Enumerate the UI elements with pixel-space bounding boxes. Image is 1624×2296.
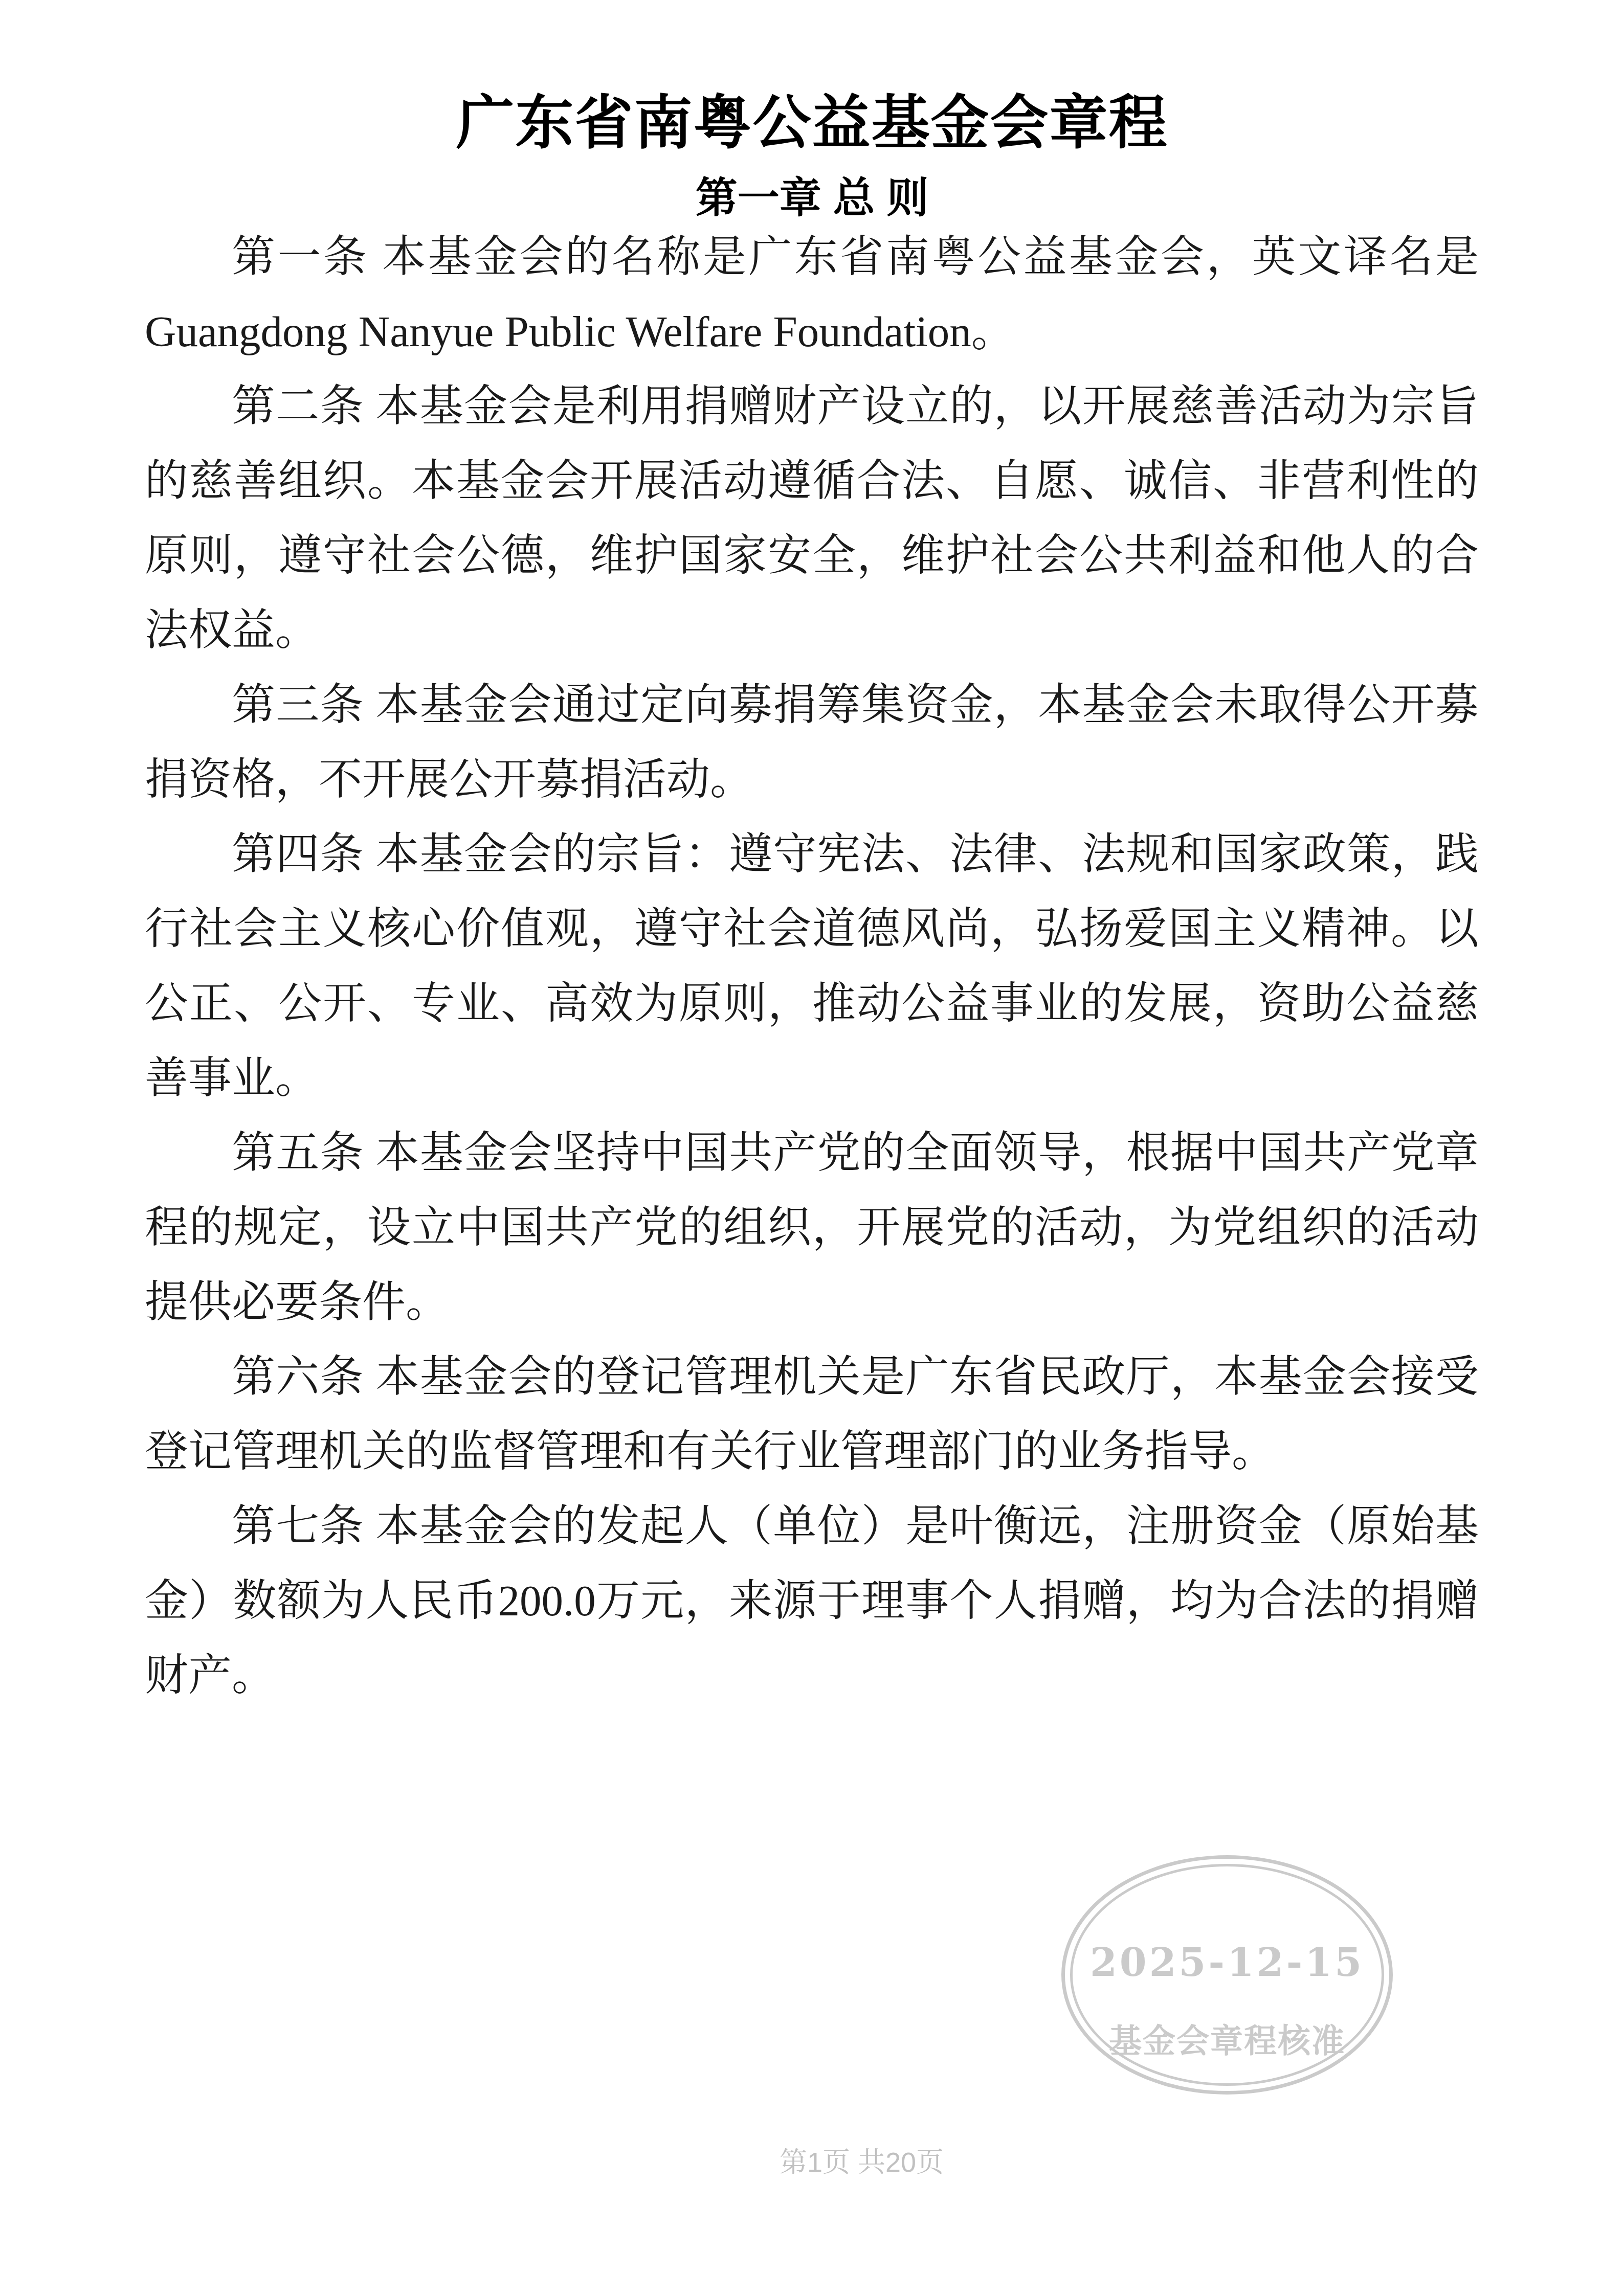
- stamp-date: 2025-12-15: [1065, 1940, 1389, 1985]
- article-paragraph: 第一条 本基金会的名称是广东省南粤公益基金会，英文译名是Guangdong Na…: [145, 220, 1479, 369]
- article-paragraph: 第五条 本基金会坚持中国共产党的全面领导，根据中国共产党章程的规定，设立中国共产…: [145, 1116, 1479, 1340]
- article-paragraph: 第六条 本基金会的登记管理机关是广东省民政厅，本基金会接受登记管理机关的监督管理…: [145, 1340, 1479, 1489]
- article-body: 第一条 本基金会的名称是广东省南粤公益基金会，英文译名是Guangdong Na…: [145, 220, 1479, 1713]
- document-page: 广东省南粤公益基金会章程 第一章 总 则 第一条 本基金会的名称是广东省南粤公益…: [0, 0, 1624, 2296]
- article-paragraph: 第三条 本基金会通过定向募捐筹集资金，本基金会未取得公开募捐资格，不开展公开募捐…: [145, 668, 1479, 817]
- page-number: 第1页 共20页: [780, 2141, 944, 2180]
- article-paragraph: 第四条 本基金会的宗旨：遵守宪法、法律、法规和国家政策，践行社会主义核心价值观，…: [145, 817, 1479, 1116]
- approval-stamp: 2025-12-15 基金会章程核准: [1061, 1855, 1393, 2095]
- stamp-label: 基金会章程核准: [1065, 2015, 1389, 2062]
- article-paragraph: 第七条 本基金会的发起人（单位）是叶衡远，注册资金（原始基金）数额为人民币200…: [145, 1489, 1479, 1713]
- article-paragraph: 第二条 本基金会是利用捐赠财产设立的，以开展慈善活动为宗旨的慈善组织。本基金会开…: [145, 369, 1479, 668]
- chapter-heading: 第一章 总 则: [0, 165, 1624, 224]
- document-title: 广东省南粤公益基金会章程: [0, 76, 1624, 160]
